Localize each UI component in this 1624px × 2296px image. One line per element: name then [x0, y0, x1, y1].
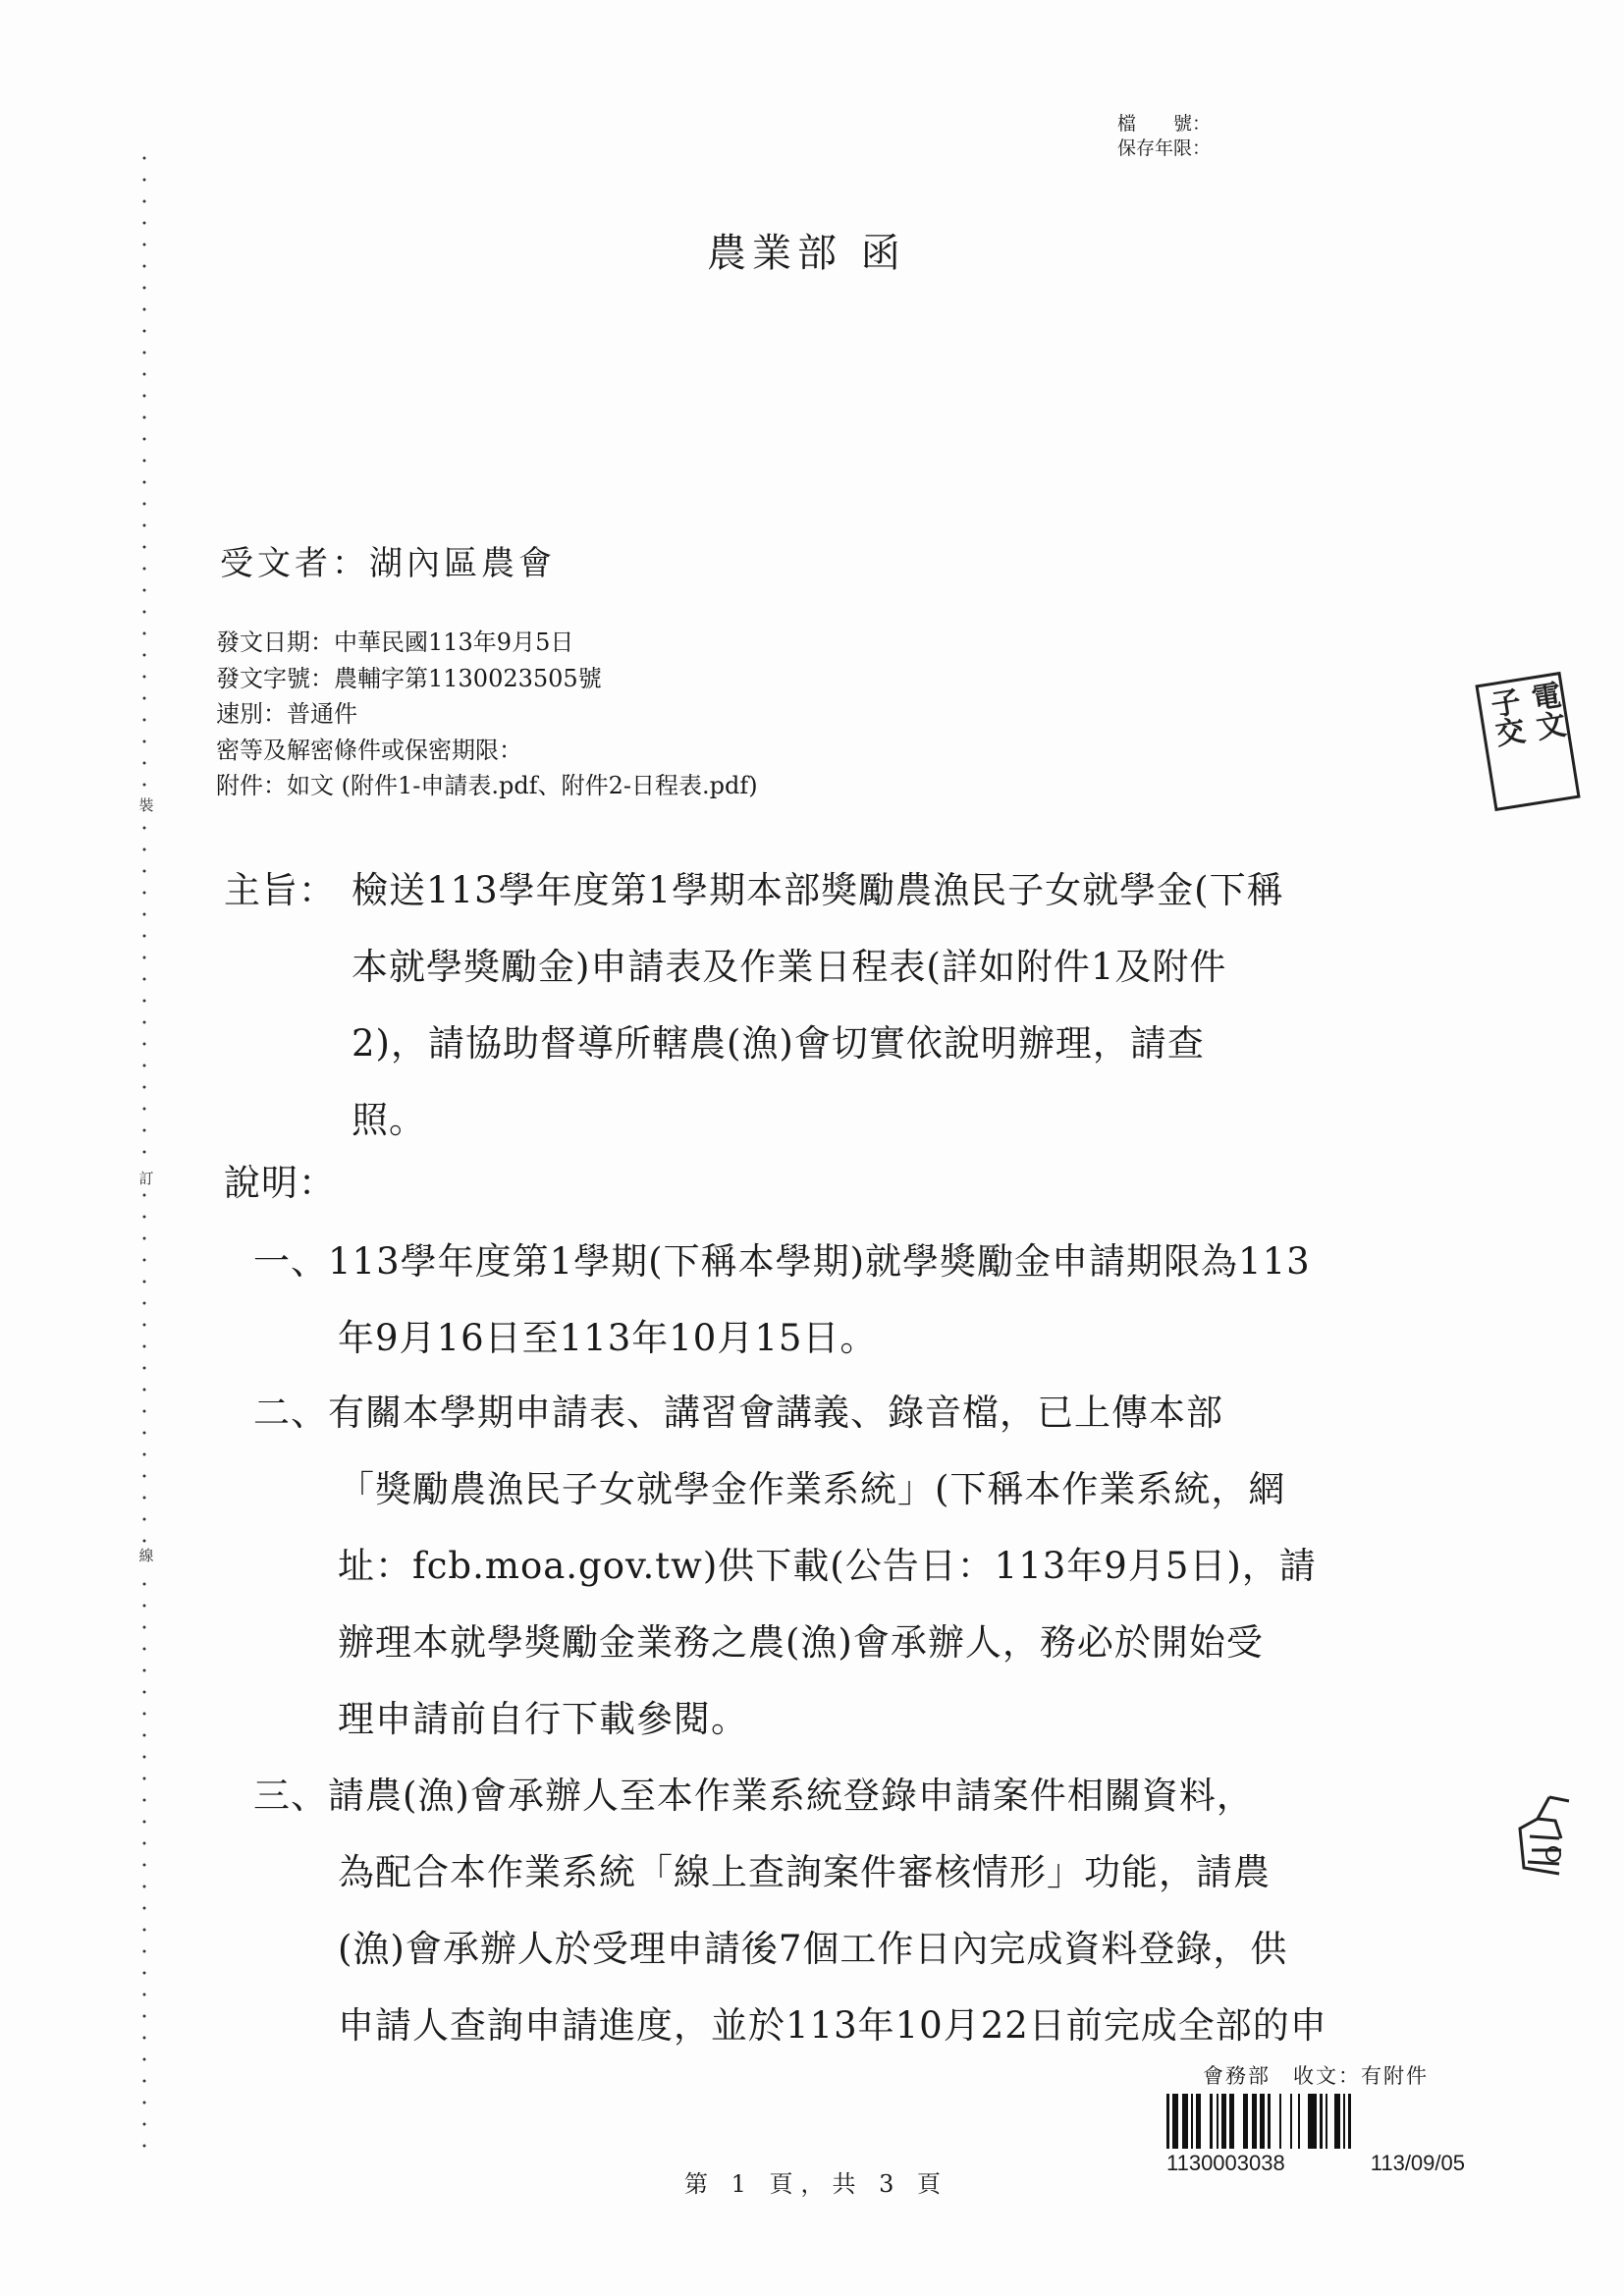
retention-label: 保存年限： [1117, 137, 1211, 161]
barcode-number: 1130003038 [1166, 2151, 1285, 2176]
subject-body: 檢送113學年度第1學期本部獎勵農漁民子女就學金(下稱 本就學獎勵金)申請表及作… [352, 852, 1422, 1159]
item-line: 請農(漁)會承辦人至本作業系統登錄申請案件相關資料， [328, 1775, 1254, 1817]
subject-label: 主旨： [224, 852, 336, 929]
explanation-label: 說明： [224, 1145, 336, 1222]
explanation-item-2: 二、有關本學期申請表、講習會講義、錄音檔，已上傳本部 「獎勵農漁民子女就學金作業… [253, 1375, 1432, 1758]
subject-line: 照。 [352, 1082, 1422, 1159]
item-line: 113學年度第1學期(下稱本學期)就學獎勵金申請期限為113 [328, 1240, 1311, 1283]
item-line: 辦理本就學獎勵金業務之農(漁)會承辦人，務必於開始受 [253, 1605, 1432, 1681]
item-line: 年9月16日至113年10月15日。 [253, 1300, 1432, 1377]
item-number: 一、 [253, 1240, 328, 1283]
electronic-document-stamp: 電文 子交 [1475, 672, 1580, 811]
issue-date: 發文日期：中華民國113年9月5日 [216, 625, 758, 661]
barcode-date: 113/09/05 [1371, 2151, 1465, 2176]
margin-mark-xian: 線 [135, 1546, 157, 1565]
page-indicator: 第 1 頁，共 3 頁 [684, 2164, 948, 2199]
binding-dotted-line [142, 147, 146, 2156]
item-line: 申請人查詢申請進度，並於113年10月22日前完成全部的申 [253, 1988, 1432, 2064]
barcode-caption: 1130003038 113/09/05 [1159, 2149, 1473, 2176]
item-line: 理申請前自行下載參閱。 [253, 1681, 1432, 1758]
handwritten-mark-icon [1510, 1789, 1579, 1878]
subject-line: 2)，請協助督導所轄農(漁)會切實依說明辦理，請查 [352, 1006, 1422, 1082]
recipient: 受文者：湖內區農會 [220, 536, 556, 584]
receipt-label: 會務部 收文：有附件 [1159, 2060, 1473, 2090]
recipient-label: 受文者： [220, 544, 369, 583]
item-number: 三、 [253, 1775, 328, 1817]
delivery-speed: 速別：普通件 [216, 696, 758, 733]
item-line: 有關本學期申請表、講習會講義、錄音檔，已上傳本部 [328, 1392, 1223, 1434]
document-number: 發文字號：農輔字第1130023505號 [216, 661, 758, 697]
item-line: (漁)會承辦人於受理申請後7個工作日內完成資料登錄，供 [253, 1911, 1432, 1988]
item-line: 址：fcb.moa.gov.tw)供下載(公告日：113年9月5日)，請 [253, 1528, 1432, 1605]
item-line: 「獎勵農漁民子女就學金作業系統」(下稱本作業系統，網 [253, 1451, 1432, 1528]
document-title: 農業部 函 [707, 222, 906, 278]
receipt-barcode-block: 會務部 收文：有附件 1130003038 113/09/05 [1159, 2060, 1473, 2176]
recipient-value: 湖內區農會 [369, 544, 556, 583]
barcode-icon [1159, 2094, 1473, 2149]
classification: 密等及解密條件或保密期限： [216, 733, 758, 769]
document-meta: 發文日期：中華民國113年9月5日 發文字號：農輔字第1130023505號 速… [216, 625, 758, 804]
file-meta: 檔 號： 保存年限： [1117, 112, 1211, 161]
attachments: 附件：如文 (附件1-申請表.pdf、附件2-日程表.pdf) [216, 768, 758, 804]
subject-line: 檢送113學年度第1學期本部獎勵農漁民子女就學金(下稱 [352, 852, 1422, 929]
file-number-label: 檔 號： [1117, 112, 1211, 137]
margin-mark-ding: 訂 [135, 1169, 157, 1188]
explanation-item-1: 一、113學年度第1學期(下稱本學期)就學獎勵金申請期限為113 年9月16日至… [253, 1224, 1432, 1377]
explanation-item-3: 三、請農(漁)會承辦人至本作業系統登錄申請案件相關資料， 為配合本作業系統「線上… [253, 1758, 1432, 2064]
margin-mark-zhuang: 裝 [135, 795, 157, 815]
item-line: 為配合本作業系統「線上查詢案件審核情形」功能，請農 [253, 1834, 1432, 1911]
item-number: 二、 [253, 1392, 328, 1434]
subject-line: 本就學獎勵金)申請表及作業日程表(詳如附件1及附件 [352, 929, 1422, 1006]
